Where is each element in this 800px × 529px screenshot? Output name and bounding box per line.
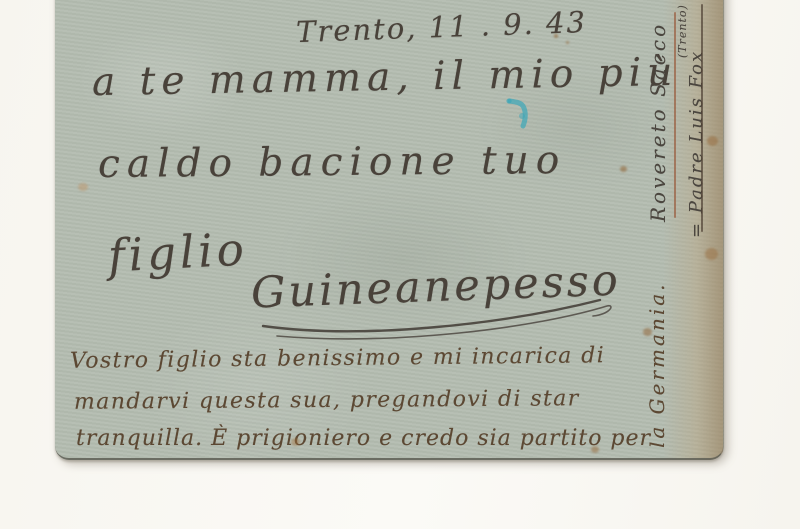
signature: Guineanepesso <box>250 256 621 319</box>
postcard: Trento, 11 . 9. 43 a te mamma, il mio pi… <box>55 0 724 460</box>
note-line-1: Vostro figlio sta benissimo e mi incaric… <box>70 343 605 374</box>
foxing-spot <box>291 438 300 446</box>
foxing-spot <box>705 248 718 260</box>
note-line-3: tranquilla. È prigioniero e credo sia pa… <box>76 426 651 451</box>
foxing-spot <box>554 34 558 38</box>
foxing-spot <box>643 328 652 336</box>
message-line-3: figlio <box>107 222 249 282</box>
foxing-spot <box>620 166 627 172</box>
margin-sender-note: (Trento) <box>676 0 690 58</box>
foxing-spot <box>78 183 88 191</box>
margin-continuation: la Germania. <box>645 226 677 448</box>
margin-underline-dark <box>701 4 703 232</box>
margin-underline-red <box>674 12 676 218</box>
date-line: Trento, 11 . 9. 43 <box>295 5 587 49</box>
margin-location: Rovereto Sacco <box>646 10 674 222</box>
message-line-2: caldo bacione tuo <box>98 138 567 187</box>
note-line-2: mandarvi questa sua, pregandovi di star <box>74 386 580 415</box>
foxing-spot <box>707 136 718 146</box>
foxing-spot <box>566 41 569 44</box>
blue-ink-smudge <box>503 94 537 138</box>
message-line-1: a te mamma, il mio più <box>92 50 679 105</box>
scan-background: Trento, 11 . 9. 43 a te mamma, il mio pi… <box>0 0 800 529</box>
foxing-spot <box>591 446 599 453</box>
